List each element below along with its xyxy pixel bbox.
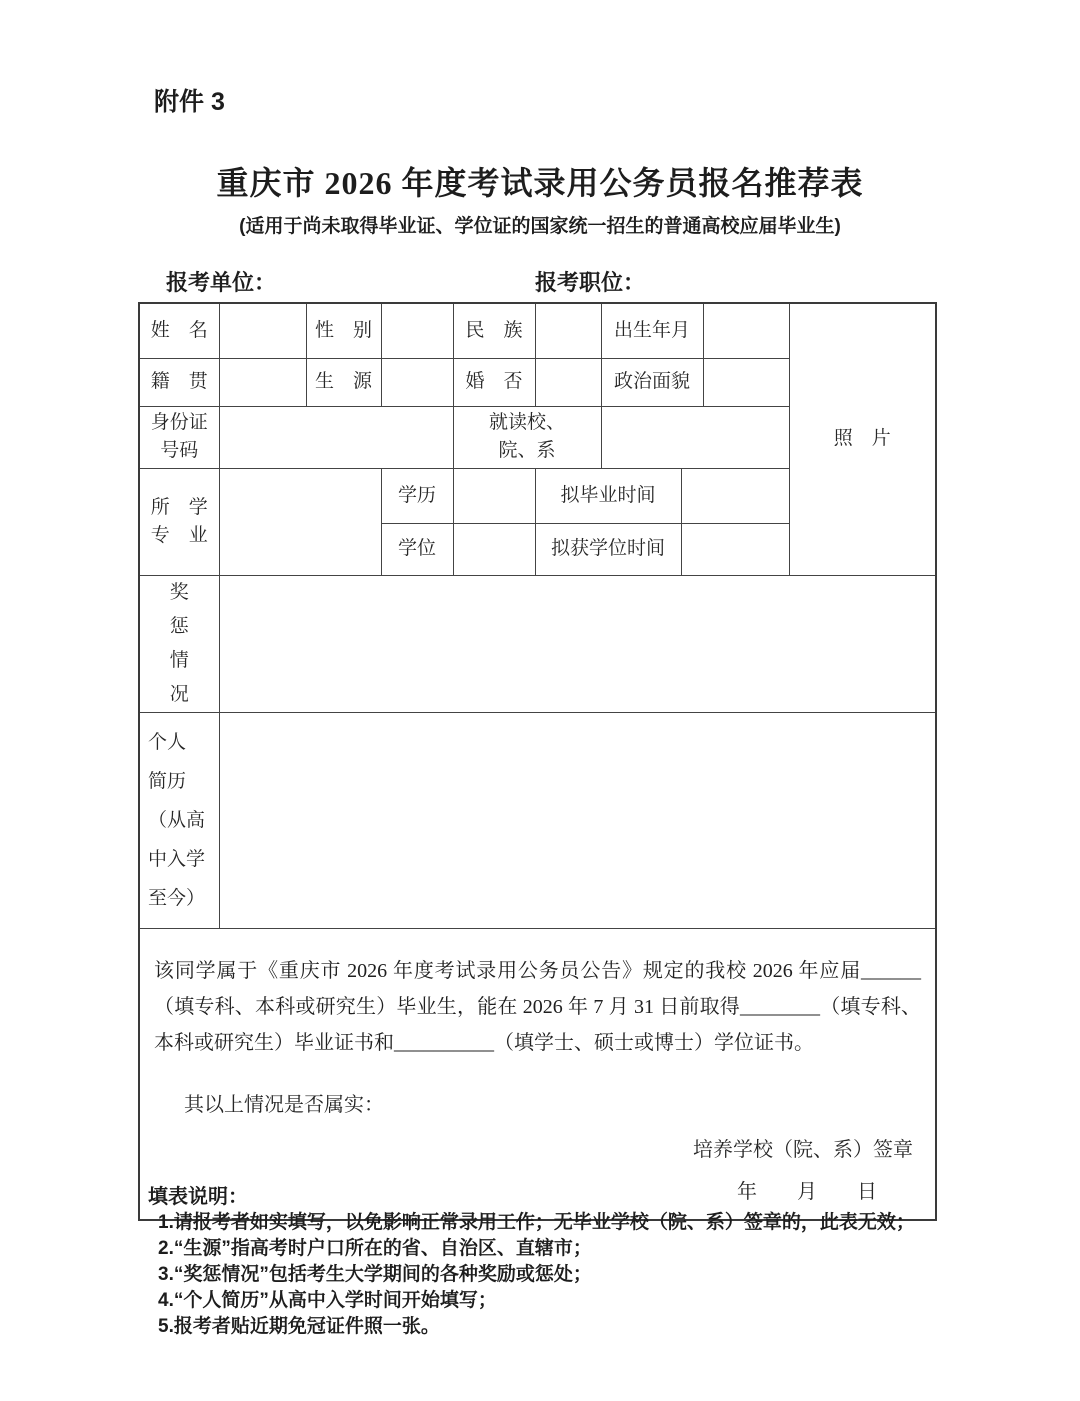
native-place-value-cell	[219, 358, 306, 406]
gender-value-cell	[381, 303, 453, 358]
document-subtitle: (适用于尚未取得毕业证、学位证的国家统一招生的普通高校应届毕业生)	[0, 211, 1080, 238]
school-value-cell	[601, 406, 789, 468]
id-number-value-cell	[219, 406, 453, 468]
expected-degree-value-cell	[681, 523, 789, 575]
rewards-punishments-value-cell	[219, 575, 936, 712]
row-basic-1: 姓 名 性 别 民 族 出生年月 照 片	[139, 303, 936, 358]
apply-position-label: 报考职位：	[535, 266, 645, 297]
declaration-cell: 该同学属于《重庆市 2026 年度考试录用公务员公告》规定的我校 2026 年应…	[139, 928, 936, 1220]
instruction-item-5: 5.报考者贴近期免冠证件照一张。	[148, 1314, 948, 1340]
gender-label: 性 别	[306, 303, 381, 358]
major-value-cell	[219, 468, 381, 575]
expected-degree-label: 拟获学位时间	[535, 523, 681, 575]
document-title: 重庆市 2026 年度考试录用公务员报名推荐表	[0, 158, 1080, 204]
education-value-cell	[453, 468, 535, 523]
row-rewards: 奖 惩 情 况	[139, 575, 936, 712]
row-resume: 个人 简历 （从高 中入学 至今）	[139, 712, 936, 928]
instruction-item-4: 4.“个人简历”从高中入学时间开始填写；	[148, 1288, 948, 1314]
student-source-label: 生 源	[306, 358, 381, 406]
personal-resume-value-cell	[219, 712, 936, 928]
expected-graduation-value-cell	[681, 468, 789, 523]
school-label: 就读校、 院、系	[453, 406, 601, 468]
birth-date-label: 出生年月	[601, 303, 703, 358]
id-number-label: 身份证 号码	[139, 406, 219, 468]
name-value-cell	[219, 303, 306, 358]
expected-graduation-label: 拟毕业时间	[535, 468, 681, 523]
major-label: 所 学 专 业	[139, 468, 219, 575]
school-signature-label: 培养学校（院、系）签章	[140, 1136, 935, 1165]
apply-unit-label: 报考单位：	[166, 266, 276, 297]
marital-status-label: 婚 否	[453, 358, 535, 406]
instructions-heading: 填表说明：	[148, 1184, 948, 1210]
attachment-label: 附件 3	[154, 82, 225, 118]
filling-instructions: 填表说明： 1.请报考者如实填写，以免影响正常录用工作；无毕业学校（院、系）签章…	[148, 1184, 948, 1340]
photo-placeholder: 照 片	[789, 303, 936, 575]
instruction-item-1: 1.请报考者如实填写，以免影响正常录用工作；无毕业学校（院、系）签章的，此表无效…	[148, 1210, 948, 1236]
row-declaration: 该同学属于《重庆市 2026 年度考试录用公务员公告》规定的我校 2026 年应…	[139, 928, 936, 1220]
declaration-text: 该同学属于《重庆市 2026 年度考试录用公务员公告》规定的我校 2026 年应…	[154, 953, 921, 1061]
instruction-item-3: 3.“奖惩情况”包括考生大学期间的各种奖励或惩处；	[148, 1262, 948, 1288]
ethnicity-value-cell	[535, 303, 601, 358]
confirmation-label: 其以上情况是否属实：	[184, 1091, 935, 1120]
degree-value-cell	[453, 523, 535, 575]
ethnicity-label: 民 族	[453, 303, 535, 358]
education-label: 学历	[381, 468, 453, 523]
rewards-punishments-label: 奖 惩 情 况	[139, 575, 219, 712]
student-source-value-cell	[381, 358, 453, 406]
birth-date-value-cell	[703, 303, 789, 358]
native-place-label: 籍 贯	[139, 358, 219, 406]
political-status-label: 政治面貌	[601, 358, 703, 406]
marital-status-value-cell	[535, 358, 601, 406]
recommendation-form-table: 姓 名 性 别 民 族 出生年月 照 片 籍 贯 生 源 婚 否 政治面貌 身份…	[138, 302, 937, 1221]
degree-label: 学位	[381, 523, 453, 575]
instruction-item-2: 2.“生源”指高考时户口所在的省、自治区、直辖市；	[148, 1236, 948, 1262]
name-label: 姓 名	[139, 303, 219, 358]
document-page: 附件 3 重庆市 2026 年度考试录用公务员报名推荐表 (适用于尚未取得毕业证…	[0, 0, 1080, 1401]
political-status-value-cell	[703, 358, 789, 406]
personal-resume-label: 个人 简历 （从高 中入学 至今）	[139, 712, 219, 928]
